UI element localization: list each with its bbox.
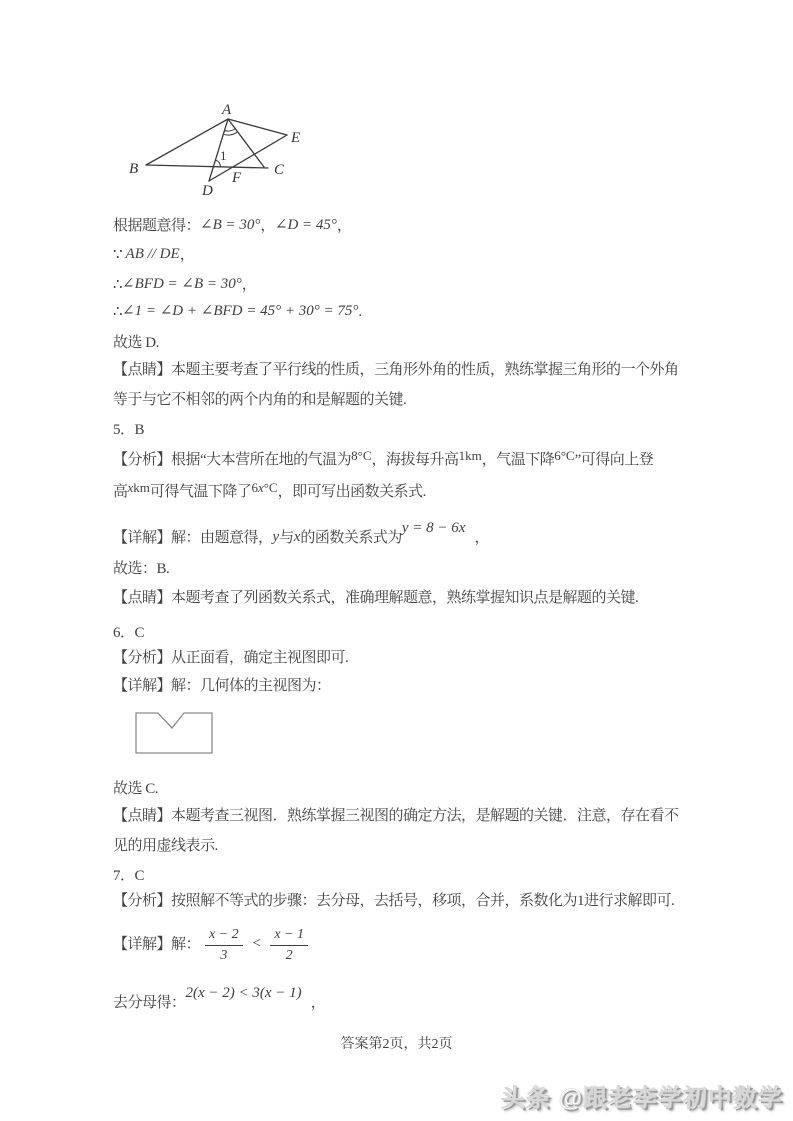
text-segment: 【点睛】本题考查三视图．熟练掌握三视图的确定方法，是解题的关键．注意，存在看不 (113, 808, 679, 824)
text-segment: ， (260, 218, 275, 234)
text-segment: 【分析】根据“大本营所在地的气温为 (113, 452, 351, 468)
text-line-15: 【详解】解：几何体的主视图为： (113, 676, 331, 696)
text-line-22: 去分母得：2(x − 2) < 3(x − 1)， (113, 983, 325, 1013)
text-segment: ， (180, 247, 195, 263)
point-label-C: C (274, 162, 285, 178)
angle-1-label: 1 (220, 148, 227, 163)
text-segment: 【详解】解： (113, 936, 200, 952)
text-line-5: 【点睛】本题主要考查了平行线的性质，三角形外角的性质，熟练掌握三角形的一个外角 (113, 360, 679, 380)
math-segment: 1km (459, 448, 482, 463)
text-segment: 【详解】解：由题意得， (113, 530, 273, 546)
text-line-17: 【点睛】本题考查三视图．熟练掌握三视图的确定方法，是解题的关键．注意，存在看不 (113, 806, 679, 826)
math-segment: ∠D = 45° (275, 217, 337, 233)
text-segment: ∴ (113, 277, 122, 293)
text-line-21: 【详解】解：x − 23 < x − 12 (113, 926, 313, 964)
text-segment: ，即可写出函数关系式. (278, 484, 426, 500)
text-segment: 见的用虚线表示. (113, 838, 218, 854)
text-segment: 故选 C. (113, 781, 158, 797)
point-label-E: E (290, 130, 300, 146)
point-label-F: F (231, 170, 242, 186)
point-label-B: B (129, 161, 138, 177)
text-line-16: 故选 C. (113, 779, 158, 799)
front-view-shape-svg (135, 712, 215, 756)
text-segment: 与 (279, 530, 294, 546)
math-segment: °C (264, 480, 278, 495)
text-segment: ， (474, 530, 489, 546)
text-segment: 可得气温下降了 (150, 484, 252, 500)
front-view-shape (135, 712, 215, 756)
point-label-D: D (201, 183, 213, 199)
text-segment: 5．B (113, 422, 144, 438)
text-segment: ， (337, 218, 352, 234)
text-segment: 故选 D. (113, 335, 159, 351)
math-segment: ∠B = 30° (200, 217, 260, 233)
text-line-0: 根据题意得：∠B = 30°，∠D = 45°， (113, 215, 351, 236)
text-line-20: 【分析】按照解不等式的步骤：去分母，去括号，移项，合并，系数化为1进行求解即可. (113, 891, 674, 911)
angle-arc-A-outer (223, 132, 237, 135)
text-segment: ，海拔每升高 (372, 452, 459, 468)
text-segment: ∴ (113, 304, 122, 320)
math-segment: < (248, 935, 266, 951)
text-line-18: 见的用虚线表示. (113, 836, 218, 856)
text-segment: 等于与它不相邻的两个内角的和是解题的关键. (113, 392, 406, 408)
document-page: { "page": { "bg": "#ffffff", "text_color… (0, 0, 793, 1121)
text-segment: ， (242, 277, 257, 293)
text-line-2: ∴∠BFD = ∠B = 30°， (113, 274, 256, 295)
text-segment: ，气温下降 (482, 452, 555, 468)
point-label-A: A (221, 102, 232, 118)
text-line-9: 高xkm可得气温下降了6x°C，即可写出函数关系式. (113, 478, 426, 502)
text-line-11: 故选：B. (113, 559, 169, 579)
text-line-19: 7．C (113, 866, 144, 886)
fraction: x − 23 (205, 926, 243, 964)
text-segment: 【分析】按照解不等式的步骤：去分母，去括号，移项，合并，系数化为1进行求解即可. (113, 893, 674, 909)
angle-arc-A-inner (225, 129, 236, 131)
text-segment: 去分母得： (113, 995, 186, 1011)
math-segment: 6°C (554, 448, 574, 463)
text-segment: 根据题意得： (113, 218, 200, 234)
text-segment: 【详解】解：几何体的主视图为： (113, 678, 331, 694)
text-line-4: 故选 D. (113, 333, 159, 353)
text-segment: 的函数关系式为 (300, 530, 402, 546)
text-segment: 【分析】从正面看，确定主视图即可. (113, 650, 348, 666)
text-segment: . (358, 304, 361, 320)
text-line-13: 6．C (113, 623, 144, 643)
page-footer: 答案第2页，共2页 (0, 1033, 793, 1053)
notched-rectangle (136, 713, 212, 753)
text-segment: ”可得向上登 (575, 452, 654, 468)
text-line-6: 等于与它不相邻的两个内角的和是解题的关键. (113, 390, 406, 410)
geometry-figure: A B C D E F 1 (128, 92, 323, 204)
text-segment: ， (311, 995, 326, 1011)
text-line-12: 【点睛】本题考查了列函数关系式，准确理解题意，熟练掌握知识点是解题的关键. (113, 588, 638, 608)
math-segment: 8°C (351, 448, 371, 463)
text-segment: 高 (113, 484, 128, 500)
text-segment: ∵ (113, 247, 122, 263)
text-line-7: 5．B (113, 420, 144, 440)
text-line-1: ∵ AB // DE， (113, 244, 194, 265)
math-segment: ∠1 = ∠D + ∠BFD = 45° + 30° = 75° (122, 303, 358, 319)
text-segment: 【点睛】本题考查了列函数关系式，准确理解题意，熟练掌握知识点是解题的关键. (113, 590, 638, 606)
text-line-3: ∴∠1 = ∠D + ∠BFD = 45° + 30° = 75°. (113, 301, 362, 322)
segment-BC (146, 165, 268, 168)
math-segment: km (133, 480, 150, 495)
math-segment: ∠BFD = ∠B = 30° (122, 276, 242, 292)
math-segment: y = 8 − 6x (402, 520, 466, 536)
text-segment: 7．C (113, 868, 144, 884)
text-line-10: 【详解】解：由题意得，y与x的函数关系式为y = 8 − 6x， (113, 518, 489, 548)
text-line-14: 【分析】从正面看，确定主视图即可. (113, 648, 348, 668)
math-segment: 2(x − 2) < 3(x − 1) (186, 985, 302, 1001)
watermark: 头条 @跟老李学初中数学 (501, 1078, 783, 1113)
geometry-figure-svg: A B C D E F 1 (128, 92, 323, 204)
text-segment: 【点睛】本题主要考查了平行线的性质，三角形外角的性质，熟练掌握三角形的一个外角 (113, 362, 679, 378)
text-line-8: 【分析】根据“大本营所在地的气温为8°C，海拔每升高1km，气温下降6°C”可得… (113, 446, 653, 470)
fraction: x − 12 (270, 926, 308, 964)
text-segment: 故选：B. (113, 561, 169, 577)
math-segment: AB // DE (122, 246, 180, 262)
text-segment: 6．C (113, 625, 144, 641)
